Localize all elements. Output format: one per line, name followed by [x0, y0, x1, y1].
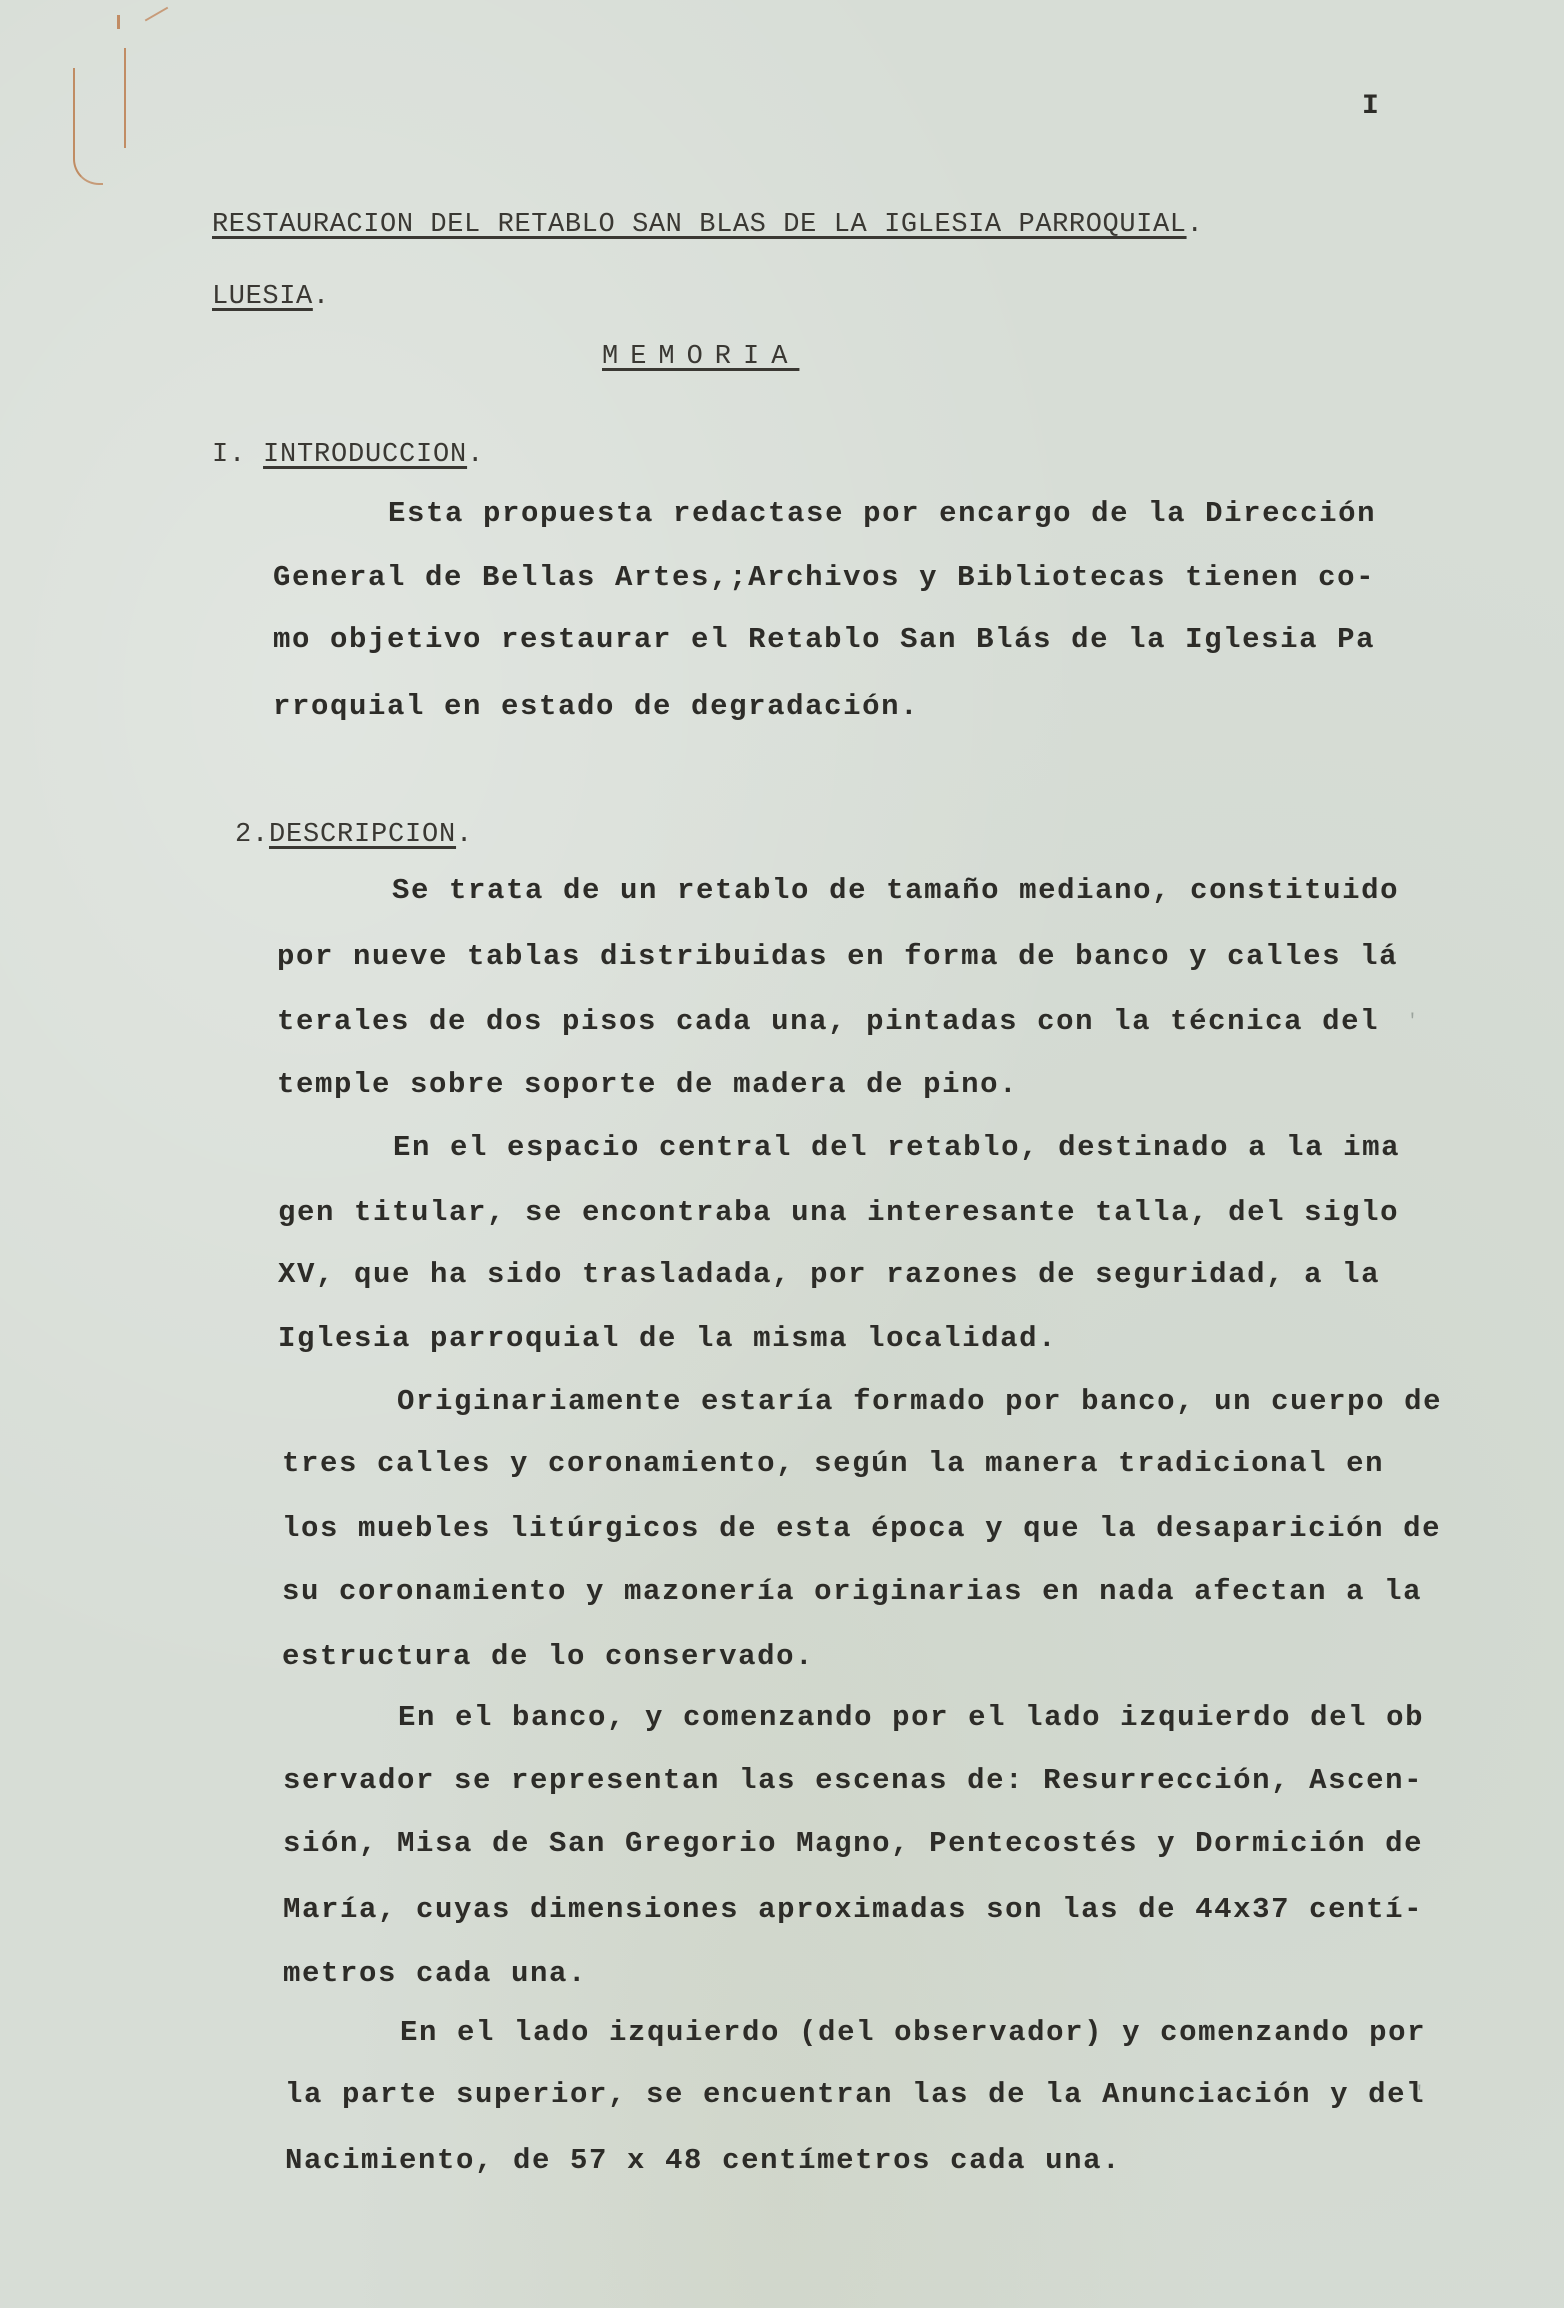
paragraph-line: la parte superior, se encuentran las de …: [285, 2078, 1425, 2112]
paragraph-line: los muebles litúrgicos de esta época y q…: [282, 1512, 1441, 1546]
paragraph-line: estructura de lo conservado.: [282, 1640, 814, 1674]
title-line-1: RESTAURACION DEL RETABLO SAN BLAS DE LA …: [212, 210, 1187, 240]
document-page: I RESTAURACION DEL RETABLO SAN BLAS DE L…: [0, 0, 1564, 2308]
paragraph-line: por nueve tablas distribuidas en forma d…: [277, 940, 1398, 974]
paragraph-line: servador se representan las escenas de: …: [283, 1764, 1423, 1798]
paragraph-line: En el lado izquierdo (del observador) y …: [400, 2016, 1426, 2050]
paragraph-line: metros cada una.: [283, 1957, 587, 1991]
title-line-2: LUESIA: [212, 282, 313, 312]
pencil-margin-mark: [124, 48, 126, 148]
paragraph-line: Se trata de un retablo de tamaño mediano…: [392, 874, 1399, 908]
paragraph-line: terales de dos pisos cada una, pintadas …: [277, 1005, 1379, 1039]
section-heading-introduccion: I. INTRODUCCION.: [212, 438, 484, 472]
paragraph-line: mo objetivo restaurar el Retablo San Blá…: [273, 623, 1375, 657]
paragraph-line: En el espacio central del retablo, desti…: [393, 1131, 1400, 1165]
paragraph-line: su coronamiento y mazonería originarias …: [282, 1575, 1422, 1609]
paragraph-line: tres calles y coronamiento, según la man…: [282, 1447, 1384, 1481]
paragraph-line: temple sobre soporte de madera de pino.: [277, 1068, 1018, 1102]
paragraph-line: María, cuyas dimensiones aproximadas son…: [283, 1893, 1423, 1927]
paragraph-line: gen titular, se encontraba una interesan…: [278, 1196, 1399, 1230]
page-number: I: [1362, 90, 1380, 124]
document-title: RESTAURACION DEL RETABLO SAN BLAS DE LA …: [212, 208, 1203, 242]
paragraph-line: Iglesia parroquial de la misma localidad…: [278, 1322, 1057, 1356]
paragraph-line: sión, Misa de San Gregorio Magno, Pentec…: [283, 1827, 1423, 1861]
ink-speck: ': [1407, 1012, 1418, 1032]
pencil-margin-mark: [138, 0, 169, 21]
paragraph-line: General de Bellas Artes,;Archivos y Bibl…: [273, 561, 1375, 595]
paragraph-line: Originariamente estaría formado por banc…: [397, 1385, 1442, 1419]
paragraph-line: Nacimiento, de 57 x 48 centímetros cada …: [285, 2144, 1121, 2178]
paragraph-line: En el banco, y comenzando por el lado iz…: [398, 1701, 1424, 1735]
paragraph-line: rroquial en estado de degradación.: [273, 690, 919, 724]
document-type-heading: MEMORIA: [602, 340, 799, 374]
ink-speck: ': [1414, 2084, 1425, 2104]
pencil-margin-mark: [117, 15, 120, 29]
document-location: LUESIA.: [212, 280, 330, 314]
paragraph-line: XV, que ha sido trasladada, por razones …: [278, 1258, 1380, 1292]
pencil-margin-mark: [73, 68, 103, 185]
section-heading-descripcion: 2.DESCRIPCION.: [235, 818, 473, 852]
paragraph-line: Esta propuesta redactase por encargo de …: [388, 497, 1376, 531]
